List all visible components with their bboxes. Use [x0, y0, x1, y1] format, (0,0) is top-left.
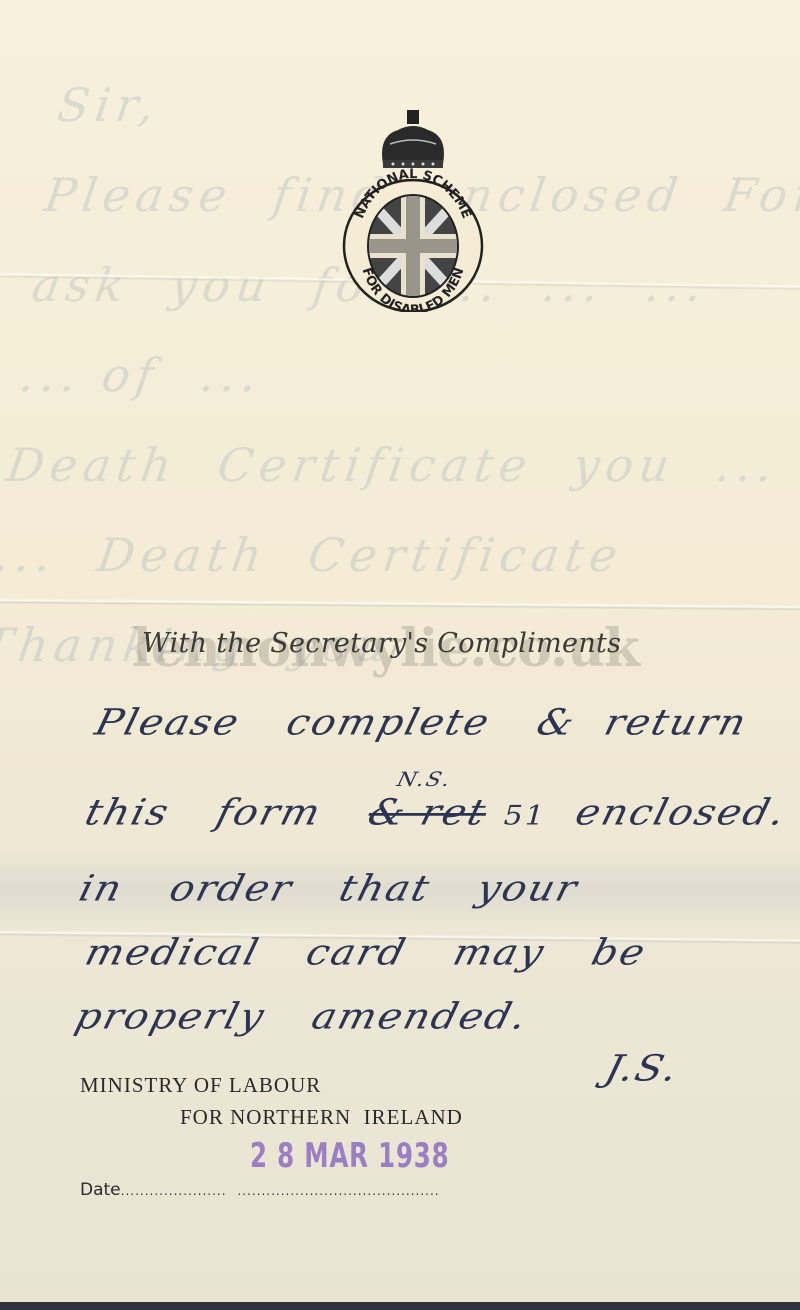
insertion-text: N.S. [394, 769, 454, 792]
background-edge [0, 1302, 800, 1310]
handwritten-word: card [302, 932, 411, 973]
handwritten-line-4: medicalcardmaybe [81, 932, 699, 973]
handwritten-word: return [600, 702, 752, 743]
date-dots: ...................... [121, 1184, 227, 1198]
handwritten-initials: J.S. [601, 1048, 684, 1089]
struck-out-text: & retN.S. [364, 792, 492, 833]
handwritten-word: amended. [307, 996, 532, 1037]
date-stamp: 2 8 MAR 1938 [250, 1136, 449, 1176]
handwritten-word: may [449, 932, 550, 973]
date-dots: ........................................… [237, 1184, 439, 1198]
handwritten-word: your [473, 868, 583, 909]
handwritten-line-2: thisform& retN.S.51enclosed. [81, 792, 800, 833]
ministry-line-2: FOR NORTHERN IRELAND [180, 1105, 463, 1130]
handwritten-word: medical [81, 932, 264, 973]
handwritten-word: be [587, 932, 651, 973]
ghost-line: Death Certificate you ... ... [1, 420, 794, 510]
handwritten-word: enclosed. [571, 792, 791, 833]
date-field: Date...................... .............… [80, 1180, 440, 1200]
handwritten-word: & [533, 702, 581, 743]
form-number: 51 [500, 800, 550, 832]
handwritten-word: that [335, 868, 435, 909]
handwritten-word: complete [282, 702, 495, 743]
handwritten-line-5: properlyamended. [71, 996, 581, 1037]
handwritten-word: order [165, 868, 297, 909]
handwritten-word: in [75, 868, 128, 909]
ministry-line-1: MINISTRY OF LABOUR [80, 1073, 321, 1098]
ghost-line: ... Death Certificate [0, 510, 781, 600]
handwritten-word: Please [91, 702, 245, 743]
crown-union-jack-badge-icon: NATIONAL SCHEME FOR DISABLED MEN [338, 108, 488, 312]
handwritten-word: form [212, 792, 326, 833]
date-label: Date [80, 1180, 121, 1200]
compliments-heading: With the Secretary's Compliments [142, 628, 702, 659]
handwritten-word: this [81, 792, 174, 833]
ghost-line: ... of ... [14, 330, 800, 420]
handwritten-line-1: Pleasecomplete&return [91, 702, 800, 743]
handwritten-line-3: inorderthatyour [75, 868, 631, 909]
handwritten-word: properly [71, 996, 270, 1037]
